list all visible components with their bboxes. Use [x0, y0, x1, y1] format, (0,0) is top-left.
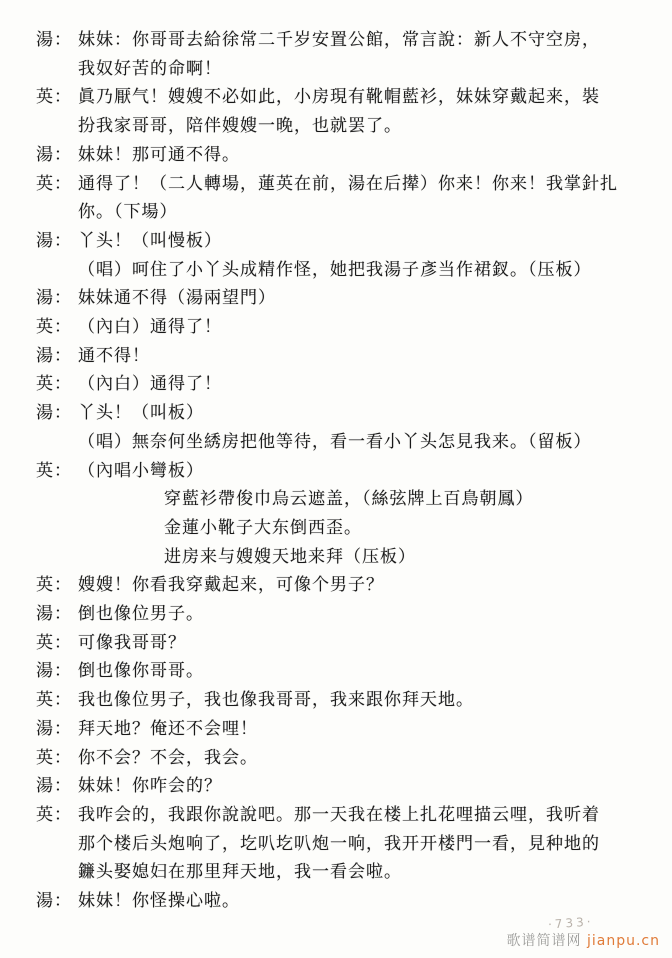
line-text: 我也像位男子，我也像我哥哥，我来跟你拜天地。 — [78, 686, 474, 715]
line-text: 倒也像位男子。 — [78, 600, 204, 629]
script-line: 进房来与嫂嫂天地来拜（压板） — [36, 543, 658, 572]
speaker-label: 湯： — [36, 772, 78, 801]
script-line: 穿藍衫帶俊巾烏云遮盖，（絲弦牌上百鳥朝鳳） — [36, 485, 658, 514]
line-text: 妹妹通不得（湯兩望門） — [78, 284, 276, 313]
speaker-label: 英： — [36, 170, 78, 199]
script-line: 我奴好苦的命啊！ — [36, 55, 658, 84]
script-line: 湯：妹妹通不得（湯兩望門） — [36, 284, 658, 313]
script-line: 湯：丫头！（叫慢板） — [36, 227, 658, 256]
watermark: 歌谱简谱网 jianpu.cn — [507, 930, 660, 950]
script-line: 英：（內白）通得了！ — [36, 370, 658, 399]
line-text: （唱）無奈何坐綉房把他等待，看一看小丫头怎見我来。（留板） — [78, 428, 592, 457]
line-text: 拜天地？俺还不会哩！ — [78, 715, 258, 744]
line-text: （唱）呵住了小丫头成精作怪，她把我湯子彥当作裙釵。（压板） — [78, 256, 592, 285]
script-line: 扮我家哥哥，陪伴嫂嫂一晚，也就罢了。 — [36, 112, 658, 141]
script-line: 湯：妹妹！你怪操心啦。 — [36, 887, 658, 916]
line-text: 倒也像你哥哥。 — [78, 657, 204, 686]
script-line: 湯：妹妹！那可通不得。 — [36, 141, 658, 170]
speaker-label: 英： — [36, 457, 78, 486]
line-text: （內唱小彎板） — [78, 457, 204, 486]
line-text: 扮我家哥哥，陪伴嫂嫂一晚，也就罢了。 — [78, 112, 402, 141]
speaker-label: 英： — [36, 313, 78, 342]
script-line: 英：我也像位男子，我也像我哥哥，我来跟你拜天地。 — [36, 686, 658, 715]
script-line: 湯：妹妹！你咋会的？ — [36, 772, 658, 801]
line-text: （內白）通得了！ — [78, 370, 222, 399]
speaker-label: 英： — [36, 370, 78, 399]
script-line: 英：眞乃厭气！嫂嫂不必如此，小房現有靴帽藍衫，妹妹穿戴起来，裝 — [36, 83, 658, 112]
line-text: 可像我哥哥？ — [78, 629, 186, 658]
script-line: 湯：丫头！（叫板） — [36, 399, 658, 428]
script-line: 你。（下場） — [36, 198, 658, 227]
script-text-block: 湯：妹妹：你哥哥去給徐常二千岁安置公館，常言說：新人不守空房，我奴好苦的命啊！英… — [36, 26, 658, 916]
line-text: 通不得！ — [78, 342, 150, 371]
speaker-label: 湯： — [36, 227, 78, 256]
speaker-label: 湯： — [36, 26, 78, 55]
script-line: 英：你不会？不会，我会。 — [36, 744, 658, 773]
line-text: 我奴好苦的命啊！ — [78, 55, 222, 84]
line-text: 通得了！（二人轉場，蓮英在前，湯在后撵）你来！你来！我掌針扎 — [78, 170, 618, 199]
script-line: （唱）呵住了小丫头成精作怪，她把我湯子彥当作裙釵。（压板） — [36, 256, 658, 285]
speaker-label: 湯： — [36, 141, 78, 170]
script-line: 湯：通不得！ — [36, 342, 658, 371]
speaker-label: 英： — [36, 686, 78, 715]
line-text: 嫂嫂！你看我穿戴起来，可像个男子？ — [78, 571, 384, 600]
script-line: 湯：倒也像位男子。 — [36, 600, 658, 629]
speaker-label: 英： — [36, 83, 78, 112]
line-text: 你。（下場） — [78, 198, 178, 227]
script-line: 英：嫂嫂！你看我穿戴起来，可像个男子？ — [36, 571, 658, 600]
script-line: 英：可像我哥哥？ — [36, 629, 658, 658]
script-line: 英：（內白）通得了！ — [36, 313, 658, 342]
page-number: ·733· — [548, 914, 594, 931]
line-text: （內白）通得了！ — [78, 313, 222, 342]
line-text: 穿藍衫帶俊巾烏云遮盖，（絲弦牌上百鳥朝鳳） — [164, 485, 534, 514]
line-text: 我咋会的，我跟你說說吧。那一天我在楼上扎花哩描云哩，我听着 — [78, 801, 600, 830]
line-text: 鐮头娶媳妇在那里拜天地，我一看会啦。 — [78, 858, 402, 887]
line-text: 你不会？不会，我会。 — [78, 744, 258, 773]
script-line: 湯：倒也像你哥哥。 — [36, 657, 658, 686]
line-text: 妹妹！你怪操心啦。 — [78, 887, 240, 916]
script-line: 那个楼后头炮响了，圪叭圪叭炮一响，我开开楼門一看，見种地的 — [36, 830, 658, 859]
line-text: 妹妹！那可通不得。 — [78, 141, 240, 170]
script-line: 英：（內唱小彎板） — [36, 457, 658, 486]
script-line: 鐮头娶媳妇在那里拜天地，我一看会啦。 — [36, 858, 658, 887]
speaker-label: 英： — [36, 801, 78, 830]
document-page: 湯：妹妹：你哥哥去給徐常二千岁安置公館，常言說：新人不守空房，我奴好苦的命啊！英… — [0, 0, 672, 958]
speaker-label: 湯： — [36, 342, 78, 371]
speaker-label: 湯： — [36, 887, 78, 916]
line-text: 进房来与嫂嫂天地来拜（压板） — [164, 543, 416, 572]
speaker-label: 英： — [36, 744, 78, 773]
line-text: 丫头！（叫慢板） — [78, 227, 222, 256]
script-line: 湯：妹妹：你哥哥去給徐常二千岁安置公館，常言說：新人不守空房， — [36, 26, 658, 55]
script-line: 湯：拜天地？俺还不会哩！ — [36, 715, 658, 744]
speaker-label: 英： — [36, 571, 78, 600]
speaker-label: 湯： — [36, 399, 78, 428]
line-text: 那个楼后头炮响了，圪叭圪叭炮一响，我开开楼門一看，見种地的 — [78, 830, 600, 859]
speaker-label: 湯： — [36, 284, 78, 313]
speaker-label: 湯： — [36, 657, 78, 686]
watermark-site-name: 歌谱简谱网 — [507, 933, 582, 949]
line-text: 丫头！（叫板） — [78, 399, 204, 428]
line-text: 眞乃厭气！嫂嫂不必如此，小房現有靴帽藍衫，妹妹穿戴起来，裝 — [78, 83, 600, 112]
script-line: 英：我咋会的，我跟你說說吧。那一天我在楼上扎花哩描云哩，我听着 — [36, 801, 658, 830]
line-text: 金蓮小靴子大东倒西歪。 — [164, 514, 362, 543]
speaker-label: 湯： — [36, 600, 78, 629]
script-line: 金蓮小靴子大东倒西歪。 — [36, 514, 658, 543]
script-line: （唱）無奈何坐綉房把他等待，看一看小丫头怎見我来。（留板） — [36, 428, 658, 457]
line-text: 妹妹：你哥哥去給徐常二千岁安置公館，常言說：新人不守空房， — [78, 26, 600, 55]
script-line: 英：通得了！（二人轉場，蓮英在前，湯在后撵）你来！你来！我掌針扎 — [36, 170, 658, 199]
line-text: 妹妹！你咋会的？ — [78, 772, 222, 801]
speaker-label: 英： — [36, 629, 78, 658]
speaker-label: 湯： — [36, 715, 78, 744]
watermark-url[interactable]: jianpu.cn — [587, 933, 660, 949]
